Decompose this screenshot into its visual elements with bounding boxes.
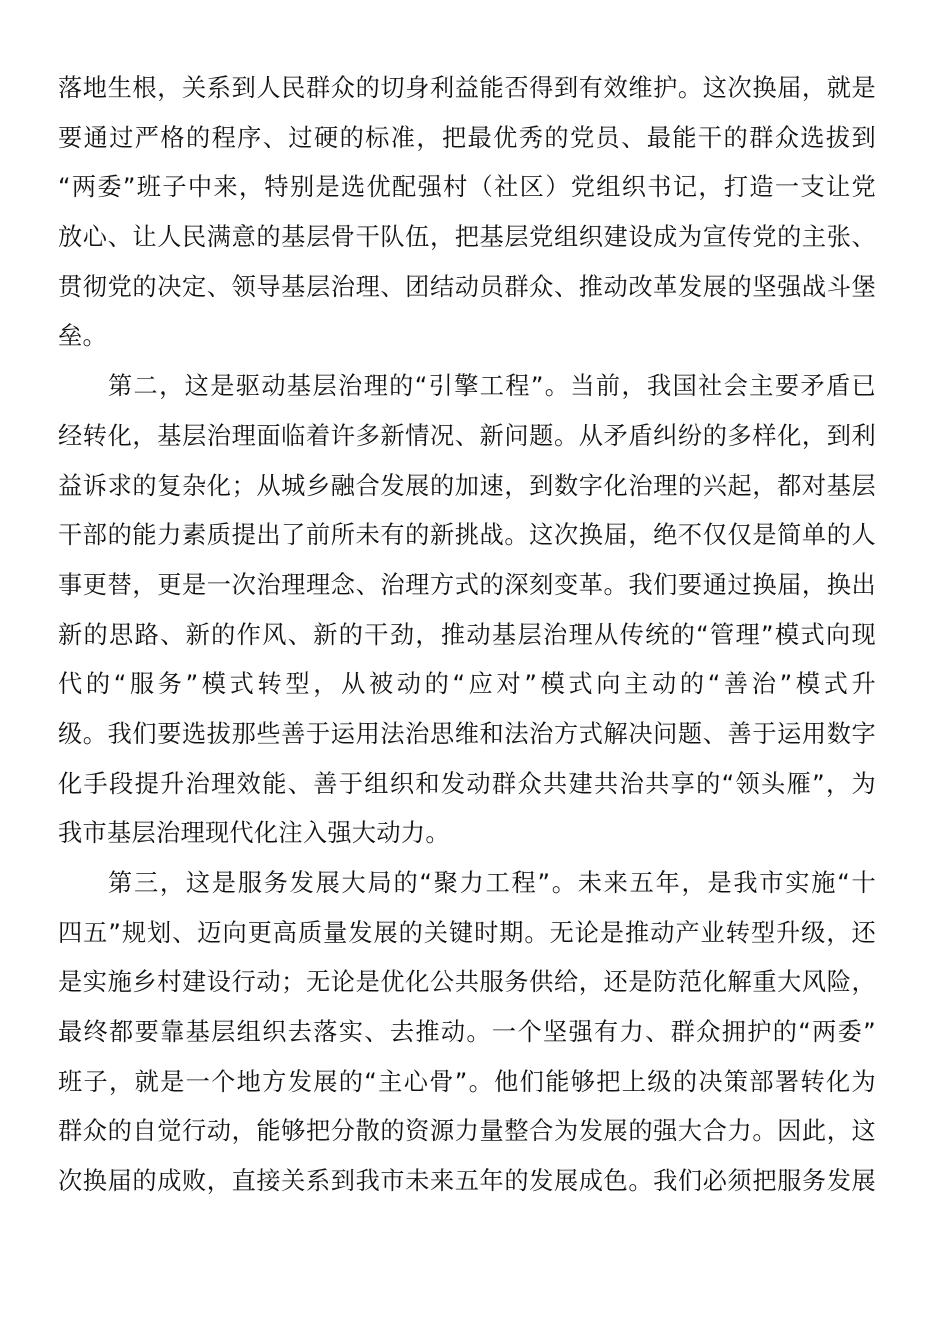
- text-line: 落地生根，关系到人民群众的切身利益能否得到有效维护。这次换届，就是: [58, 64, 876, 114]
- text-line: 事更替，更是一次治理理念、治理方式的深刻变革。我们要通过换届，换出: [58, 561, 876, 611]
- text-line: 益诉求的复杂化；从城乡融合发展的加速，到数字化治理的兴起，都对基层: [58, 462, 876, 512]
- text-line: 班子，就是一个地方发展的“主心骨”。他们能够把上级的决策部署转化为: [58, 1058, 876, 1108]
- text-line: 第二，这是驱动基层治理的“引擎工程”。当前，我国社会主要矛盾已: [58, 362, 876, 412]
- paragraph-engine-project: 第二，这是驱动基层治理的“引擎工程”。当前，我国社会主要矛盾已 经转化，基层治理…: [58, 362, 876, 859]
- text-line: 化手段提升治理效能、善于组织和发动群众共建共治共享的“领头雁”，为: [58, 760, 876, 810]
- text-line: 第三，这是服务发展大局的“聚力工程”。未来五年，是我市实施“十: [58, 859, 876, 909]
- text-line: 最终都要靠基层组织去落实、去推动。一个坚强有力、群众拥护的“两委”: [58, 1008, 876, 1058]
- text-line: 垒。: [58, 312, 876, 362]
- text-line: 群众的自觉行动，能够把分散的资源力量整合为发展的强大合力。因此，这: [58, 1107, 876, 1157]
- text-line: 经转化，基层治理面临着许多新情况、新问题。从矛盾纠纷的多样化，到利: [58, 412, 876, 462]
- paragraph-continued: 落地生根，关系到人民群众的切身利益能否得到有效维护。这次换届，就是 要通过严格的…: [58, 64, 876, 362]
- text-line: 代的“服务”模式转型，从被动的“应对”模式向主动的“善治”模式升: [58, 660, 876, 710]
- text-line: 次换届的成败，直接关系到我市未来五年的发展成色。我们必须把服务发展: [58, 1157, 876, 1207]
- text-line: 放心、让人民满意的基层骨干队伍，把基层党组织建设成为宣传党的主张、: [58, 213, 876, 263]
- document-page: 落地生根，关系到人民群众的切身利益能否得到有效维护。这次换届，就是 要通过严格的…: [58, 64, 876, 1207]
- text-line: “两委”班子中来，特别是选优配强村（社区）党组织书记，打造一支让党: [58, 163, 876, 213]
- text-line: 贯彻党的决定、领导基层治理、团结动员群众、推动改革发展的坚强战斗堡: [58, 263, 876, 313]
- text-line: 新的思路、新的作风、新的干劲，推动基层治理从传统的“管理”模式向现: [58, 611, 876, 661]
- text-line: 要通过严格的程序、过硬的标准，把最优秀的党员、最能干的群众选拔到: [58, 114, 876, 164]
- text-line: 干部的能力素质提出了前所未有的新挑战。这次换届，绝不仅仅是简单的人: [58, 511, 876, 561]
- text-line: 四五”规划、迈向更高质量发展的关键时期。无论是推动产业转型升级，还: [58, 909, 876, 959]
- text-line: 级。我们要选拔那些善于运用法治思维和法治方式解决问题、善于运用数字: [58, 710, 876, 760]
- paragraph-gathering-project: 第三，这是服务发展大局的“聚力工程”。未来五年，是我市实施“十 四五”规划、迈向…: [58, 859, 876, 1207]
- text-line: 是实施乡村建设行动；无论是优化公共服务供给，还是防范化解重大风险，: [58, 958, 876, 1008]
- text-line: 我市基层治理现代化注入强大动力。: [58, 809, 876, 859]
